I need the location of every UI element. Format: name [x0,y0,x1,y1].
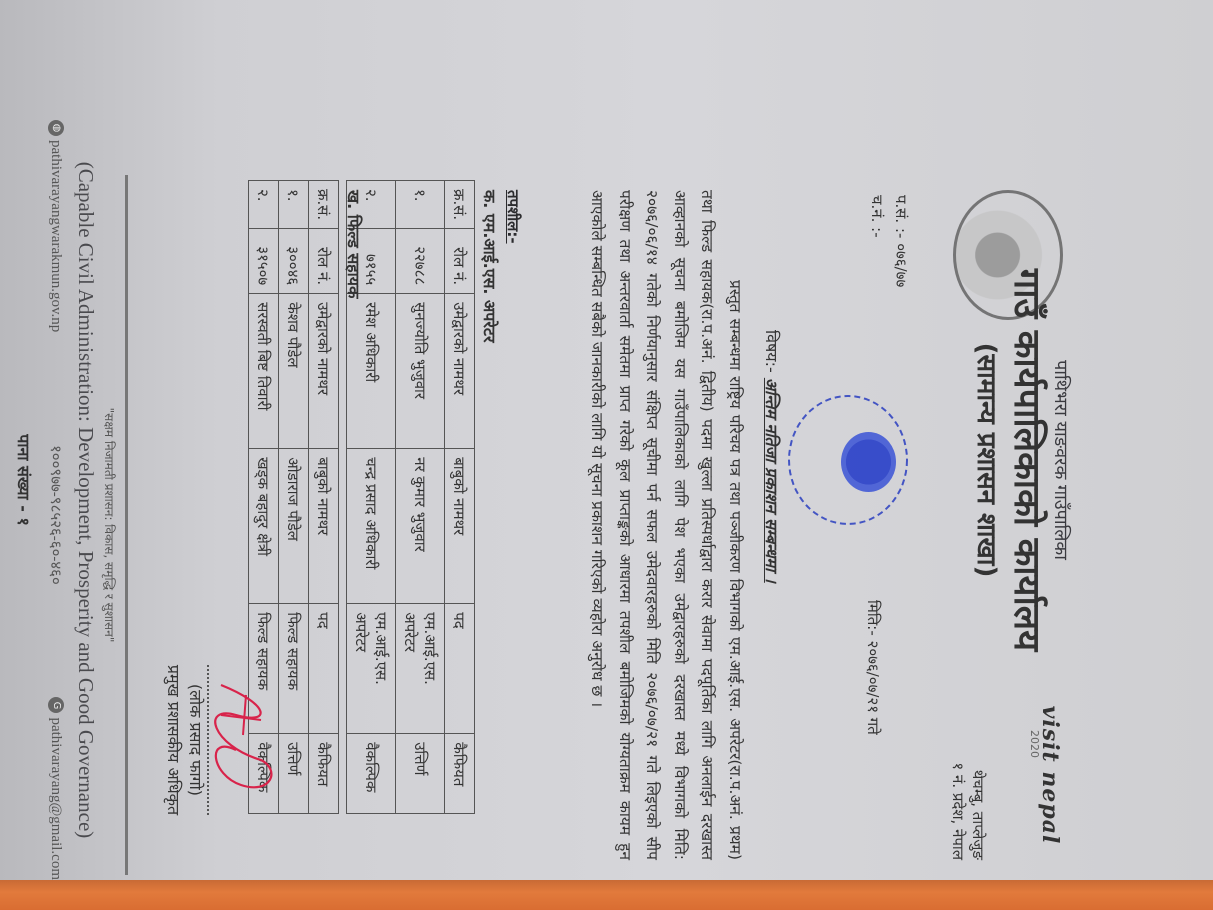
cell-candidate: सरस्वती बिष्ट तिवारी [249,294,279,449]
chalani-number: च.नं. :- [865,195,889,287]
table-row: १. २२७८८ सुनज्योति भुजुवार नर कुमार भुजु… [396,181,445,814]
office-seal-icon [788,395,908,525]
table-header-row: क्र.सं. रोल नं. उमेद्वारको नामथर बाबुको … [445,181,475,814]
header-roll: रोल नं. [309,229,339,294]
cell-sn: १. [279,181,309,229]
subject-text: अन्तिम नतिजा प्रकाशन सम्बन्धमा । [762,378,781,583]
subject-label: विषय:- [762,330,781,373]
cell-father: खड्क बहादुर क्षेत्री [249,449,279,604]
subject-line: विषय:- अन्तिम नतिजा प्रकाशन सम्बन्धमा । [761,330,783,583]
signature-block: (लोक प्रसाद फागो) प्रमुख प्रशासकीय अधिकृ… [163,620,253,860]
handwritten-signature [207,665,253,815]
header-father: बाबुको नामथर [309,449,339,604]
footer-contact: ◍ pathivarayangwarakmun.gov.np १००९७७-९८… [46,120,66,880]
cell-roll: ३१५०७ [249,229,279,294]
phone-item: १००९७७-९८५२६-६०-४६० [46,445,66,585]
office-address: थेचम्बु, ताप्लेजुङ १ नं. प्रदेश, नेपाल [948,700,989,860]
cell-father: नर कुमार भुजुवार [396,449,445,604]
header-candidate: उमेद्वारको नामथर [309,294,339,449]
header-roll: रोल नं. [445,229,475,294]
header-post: पद [309,604,339,734]
office-name: गाउँ कार्यपालिकाको कार्यालय [1006,250,1047,670]
header-sn: क्र.सं. [445,181,475,229]
header-remarks: कैफियत [445,734,475,814]
header-sn: क्र.सं. [309,181,339,229]
cell-roll: २२७८८ [396,229,445,294]
page-number: पाना संख्या - १ [13,330,35,630]
patra-sankhya: प.सं. :- ०७६/७७ [889,195,913,287]
branch-name: (सामान्य प्रशासन शाखा) [970,250,1006,670]
signature-ink-icon [201,675,281,805]
gmail-icon: G [48,697,64,713]
document-page: पाथिभरा याङवरक गाउँपालिका गाउँ कार्यपालि… [0,0,1213,880]
phone-number: १००९७७-९८५२६-६०-४६० [46,445,66,585]
cell-candidate: केशव पौडेल [279,294,309,449]
visit-nepal-text: visit nepal [1037,706,1063,845]
cell-father: ओडाराज पौडेल [279,449,309,604]
footer-divider [125,175,128,875]
website-item: ◍ pathivarayangwarakmun.gov.np [46,120,66,332]
body-text: प्रस्तुत सम्बन्धमा राष्ट्रिय परिचय पत्र … [588,190,744,860]
header-candidate: उमेद्वारको नामथर [445,294,475,449]
header-remarks: कैफियत [309,734,339,814]
cell-sn: १. [396,181,445,229]
address-line-2: १ नं. प्रदेश, नेपाल [948,700,968,860]
section-title-field-assistant: ख. फिल्ड सहायक [343,190,365,298]
cell-post: फिल्ड सहायक [279,604,309,734]
cell-father: चन्द्र प्रसाद अधिकारी [347,449,396,604]
email-address: pathivarayang@gmail.com [48,717,65,880]
footer-motto-english: (Capable Civil Administration: Developme… [73,120,98,880]
cell-post: एम.आई.एस. अपरेटर [347,604,396,734]
globe-icon: ◍ [48,120,64,136]
cell-sn: २. [249,181,279,229]
mis-operator-table: क्र.सं. रोल नं. उमेद्वारको नामथर बाबुको … [346,180,475,814]
background-orange-surface [0,880,1213,910]
table-header-row: क्र.सं. रोल नं. उमेद्वारको नामथर बाबुको … [309,181,339,814]
cell-remarks: उत्तिर्ण [279,734,309,814]
details-label: तपशील:- [503,190,523,244]
letter-date: मिति:- २०७६/०७/२१ गते [863,600,883,735]
website-link: pathivarayangwarakmun.gov.np [48,140,65,332]
municipality-name: पाथिभरा याङवरक गाउँपालिका [1049,250,1073,670]
table-row: १. ३००४६ केशव पौडेल ओडाराज पौडेल फिल्ड स… [279,181,309,814]
email-item: G pathivarayang@gmail.com [46,697,66,880]
letterhead: पाथिभरा याङवरक गाउँपालिका गाउँ कार्यपालि… [970,250,1073,670]
signatory-title: प्रमुख प्रशासकीय अधिकृत [163,620,185,860]
reference-block: प.सं. :- ०७६/७७ च.नं. :- [865,195,913,287]
cell-remarks: वैकल्पिक [347,734,396,814]
cell-candidate: रमेश अधिकारी [347,294,396,449]
header-father: बाबुको नामथर [445,449,475,604]
cell-candidate: सुनज्योति भुजुवार [396,294,445,449]
section-title-mis-operator: क. एम.आई.एस. अपरेटर [479,190,501,343]
cell-post: एम.आई.एस. अपरेटर [396,604,445,734]
body-paragraph: प्रस्तुत सम्बन्धमा राष्ट्रिय परिचय पत्र … [583,190,748,860]
cell-remarks: उत्तिर्ण [396,734,445,814]
footer-motto-nepali: "सक्षम निजामती प्रशासन: विकास, समृद्धि र… [101,175,118,875]
header-post: पद [445,604,475,734]
address-line-1: थेचम्बु, ताप्लेजुङ [968,700,988,860]
visit-nepal-logo: visit nepal 2020 [1028,690,1063,860]
cell-roll: ३००४६ [279,229,309,294]
